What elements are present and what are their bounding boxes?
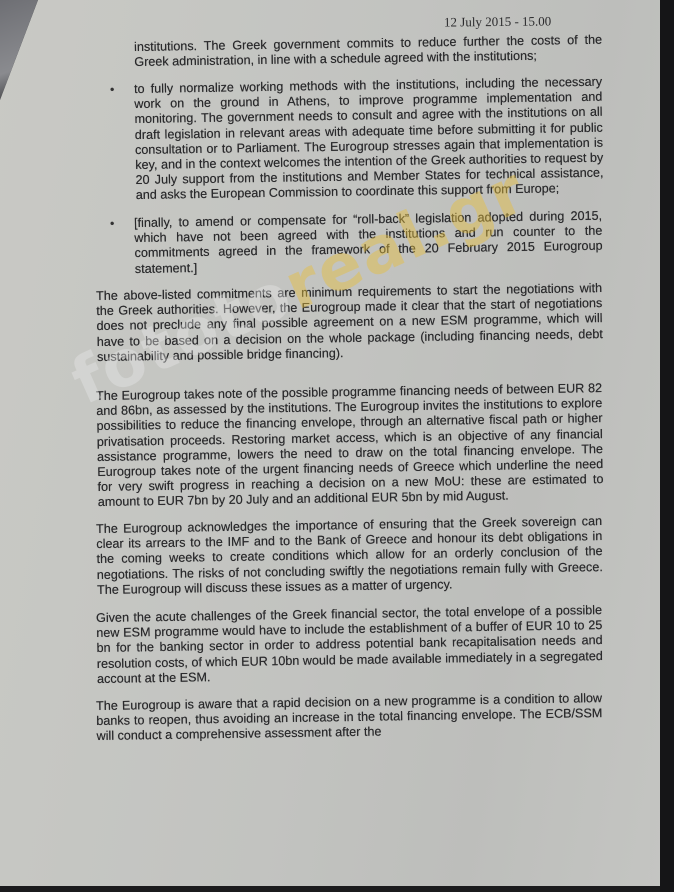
paragraph: The Eurogroup is aware that a rapid deci… [96, 691, 603, 745]
bullet-text: [finally, to amend or compensate for “ro… [134, 209, 603, 276]
paragraph: Given the acute challenges of the Greek … [96, 603, 603, 687]
paragraph: The above-listed commitments are minimum… [96, 281, 603, 365]
document-body: institutions. The Greek government commi… [96, 14, 602, 756]
paragraph: The Eurogroup acknowledges the importanc… [96, 515, 603, 599]
dark-edge [660, 0, 674, 892]
bullet-item: • to fully normalize working methods wit… [134, 75, 604, 204]
bullet-icon: • [110, 83, 114, 98]
bullet-icon: • [110, 216, 114, 231]
continuation-text: institutions. The Greek government commi… [134, 33, 602, 71]
bullet-text: to fully normalize working methods with … [134, 75, 604, 203]
paragraph: The Eurogroup takes note of the possible… [96, 381, 604, 511]
bullet-item: • [finally, to amend or compensate for “… [134, 209, 603, 277]
